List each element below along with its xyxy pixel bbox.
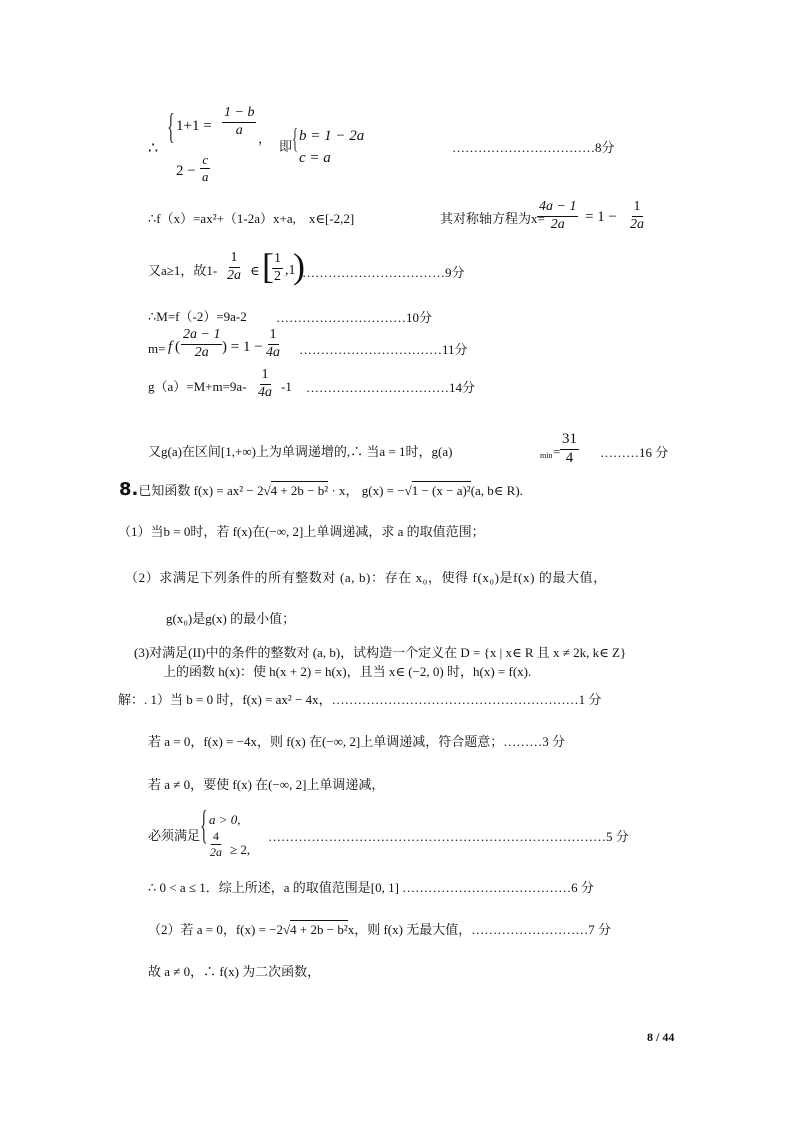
max-text: ∴M=f（-2）=9a-2 [148,310,247,323]
eq2-fraction: ca [200,153,211,183]
stem-part-c: (a, b∈ R). [471,483,523,498]
solution-line-1: 解：. 1）当 b = 0 时，f(x) = ax² − 4x，……………………… [118,693,601,706]
axis-label: 其对称轴方程为x= [440,212,545,225]
condition-label: 必须满足 [148,829,200,842]
line-6-sqrt: 4 + 2b − b² [290,920,348,937]
function-text: ∴f（x）=ax²+（1-2a）x+a, x∈[-2,2] [148,212,354,225]
axis-fraction-2: 12a [628,200,646,232]
part-3-line-1: (3)对满足(II)中的条件的整数对 (a, b)，试构造一个定义在 D = {… [134,646,626,659]
range-text: 又a≥1，故1- [148,264,217,277]
stem-sqrt-2: 1 − (x − a)² [412,481,471,498]
solution-line-2: 若 a = 0，f(x) = −4x，则 f(x) 在(−∞, 2]上单调递减，… [148,735,565,748]
stem-sqrt: 4 + 2b − b² [271,481,329,498]
condition-2: ≥ 2, [230,843,250,856]
solution-line-7: 故 a ≠ 0，∴ f(x) 为二次函数， [148,965,320,978]
condition-fraction: 42a [208,830,224,858]
g-text: g（a）=M+m=9a- [148,380,247,393]
solution-line-5: ∴ 0 < a ≤ 1．综上所述，a 的取值范围是[0, 1] ……………………… [148,881,594,894]
page-number: 8 / 44 [647,1031,674,1043]
score-16: ………16 分 [600,446,668,459]
ji-label: 即 [279,140,292,153]
eq1-fraction: 1 − ba [222,106,256,138]
eq2-left: 2 − [176,164,196,179]
part-2-line-2: g(x₀)是g(x) 的最小值； [166,612,295,625]
conclusion-text: 又g(a)在区间[1,+∞)上为单调递增的,∴ 当a = 1时，g(a) [148,445,452,458]
left-brace-icon: { [167,108,175,144]
min-subscript: min [540,452,552,460]
solution-b: b = 1 − 2a [299,129,364,144]
interval-fraction: 12 [272,252,283,284]
line-6-part-a: （2）若 a = 0，f(x) = −2 [148,922,283,937]
f-symbol: f [168,340,172,355]
score-14: ……………………………14分 [306,381,475,394]
min-label: m= [148,342,165,355]
part-2-line-1: （2）求满足下列条件的所有整数对 (a, b)：存在 x₀，使得 f(x₀)是f… [125,571,607,584]
left-brace-icon: { [200,805,208,845]
stem-part-a: 已知函数 f(x) = ax² − 2 [138,483,263,498]
solution-line-6: （2）若 a = 0，f(x) = −2√4 + 2b − b²x，则 f(x)… [148,923,611,936]
min-fraction: 2a − 12a [181,328,222,360]
part-3-line-2: 上的函数 h(x)：使 h(x + 2) = h(x)，且当 x∈ (−2, 0… [163,665,531,678]
solution-c: c = a [299,151,331,166]
score-9: ……………………………9分 [302,266,465,279]
solution-line-3: 若 a ≠ 0，要使 f(x) 在(−∞, 2]上单调递减， [148,778,384,791]
score-11: ……………………………11分 [299,343,468,356]
axis-eq: = 1 − [585,210,617,225]
problem-number: 8. [119,479,138,500]
range-fraction: 12a [225,251,243,283]
g-tail: -1 [281,380,292,393]
g-fraction: 14a [256,368,274,400]
part-1: （1）当b = 0时，若 f(x)在(−∞, 2]上单调递减，求 a 的取值范围… [118,525,485,538]
score-5: ……………………………………………………………………5 分 [268,830,629,843]
in-symbol: ∈ [250,264,260,277]
min-fraction-2: 14a [264,328,282,360]
sqrt-icon: √ [405,483,412,498]
conclusion-fraction: 314 [560,432,579,467]
eq1-left: 1+1 = [176,119,212,134]
stem-part-b: · x， g(x) = − [328,483,404,498]
line-6-part-b: x，则 f(x) 无最大值，………………………7 分 [348,922,611,937]
sqrt-icon: √ [263,483,270,498]
left-brace-icon: { [292,126,298,154]
score-10: …………………………10分 [276,311,432,324]
open-paren: ( [175,340,180,355]
min-eq: ) = 1 − [222,340,263,355]
problem-stem: 8.已知函数 f(x) = ax² − 2√4 + 2b − b² · x， g… [119,481,523,499]
score-8: ……………………………8分 [452,141,615,154]
comma: ， [258,132,271,145]
therefore-symbol: ∴ [148,141,158,157]
axis-fraction: 4a − 12a [537,200,578,232]
condition-1: a > 0, [209,813,241,826]
